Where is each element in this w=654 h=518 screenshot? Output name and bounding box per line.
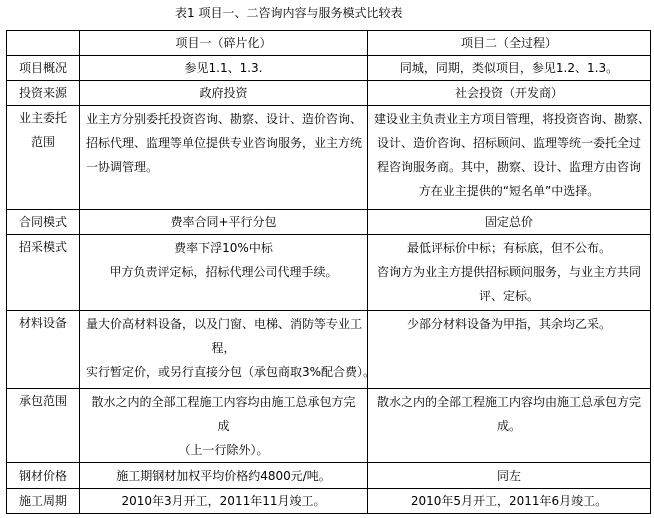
table-row-owner-scope: 业主委托 范围 业主方分别委托投资咨询、勘察、设计、造价咨询、 招标代理、监理等… (7, 106, 651, 210)
cell-project1: 2010年3月开工，2011年11月竣工。 (80, 489, 368, 514)
cell-project2: 少部分材料设备为甲指，其余均乙采。 (368, 311, 651, 389)
cell-project1: 散水之内的全部工程施工内容均由施工总承包方完 成 （上一行除外）。 (80, 389, 368, 463)
comparison-table: 项目一（碎片化） 项目二（全过程） 项目概况 参见1.1、1.3. 同城，同期，… (6, 30, 651, 514)
cell-project2: 固定总价 (368, 210, 651, 235)
table-row-funding-source: 投资来源 政府投资 社会投资（开发商） (7, 81, 651, 106)
table-row-procurement-mode: 招采模式 费率下浮10%中标 甲方负责评定标，招标代理公司代理手续。 最低评标价… (7, 235, 651, 311)
table-row-overview: 项目概况 参见1.1、1.3. 同城，同期，类似项目，参见1.2、1.3。 (7, 56, 651, 81)
cell-project1: 业主方分别委托投资咨询、勘察、设计、造价咨询、 招标代理、监理等单位提供专业咨询… (80, 106, 368, 210)
table-row-contract-mode: 合同模式 费率合同+平行分包 固定总价 (7, 210, 651, 235)
cell-project1: 施工期钢材加权平均价格约4800元/吨。 (80, 463, 368, 489)
cell-project1: 费率合同+平行分包 (80, 210, 368, 235)
table-caption: 表1 项目一、二咨询内容与服务模式比较表 (175, 4, 402, 22)
cell-project2: 2010年5月开工，2011年6月竣工。 (368, 489, 651, 514)
row-label: 业主委托 范围 (7, 106, 80, 210)
cell-project1: 量大价高材料设备，以及门窗、电梯、消防等专业工 程， 实行暂定价，或另行直接分包… (80, 311, 368, 389)
cell-project2: 社会投资（开发商） (368, 81, 651, 106)
table-header-row: 项目一（碎片化） 项目二（全过程） (7, 31, 651, 56)
cell-project2: 同左 (368, 463, 651, 489)
row-label: 招采模式 (7, 235, 80, 311)
cell-project1: 政府投资 (80, 81, 368, 106)
row-label: 合同模式 (7, 210, 80, 235)
table-row-materials: 材料设备 量大价高材料设备，以及门窗、电梯、消防等专业工 程， 实行暂定价，或另… (7, 311, 651, 389)
cell-project2: 散水之内的全部工程施工内容均由施工总承包方完 成。 (368, 389, 651, 463)
cell-project1: 参见1.1、1.3. (80, 56, 368, 81)
header-project1: 项目一（碎片化） (80, 31, 368, 56)
row-label: 施工周期 (7, 489, 80, 514)
header-project2: 项目二（全过程） (368, 31, 651, 56)
table-row-contract-scope: 承包范围 散水之内的全部工程施工内容均由施工总承包方完 成 （上一行除外）。 散… (7, 389, 651, 463)
row-label: 承包范围 (7, 389, 80, 463)
cell-project2: 建设业主负责业主方项目管理，将投资咨询、勘察、 设计、造价咨询、招标顾问、监理等… (368, 106, 651, 210)
header-label-cell (7, 31, 80, 56)
table-row-steel-price: 钢材价格 施工期钢材加权平均价格约4800元/吨。 同左 (7, 463, 651, 489)
cell-project2: 最低评标价中标；有标底，但不公布。 咨询方为业主方提供招标顾问服务，与业主方共同… (368, 235, 651, 311)
row-label: 钢材价格 (7, 463, 80, 489)
cell-project1: 费率下浮10%中标 甲方负责评定标，招标代理公司代理手续。 (80, 235, 368, 311)
row-label: 投资来源 (7, 81, 80, 106)
table-row-construction-period: 施工周期 2010年3月开工，2011年11月竣工。 2010年5月开工，201… (7, 489, 651, 514)
row-label: 材料设备 (7, 311, 80, 389)
row-label: 项目概况 (7, 56, 80, 81)
cell-project2: 同城，同期，类似项目，参见1.2、1.3。 (368, 56, 651, 81)
